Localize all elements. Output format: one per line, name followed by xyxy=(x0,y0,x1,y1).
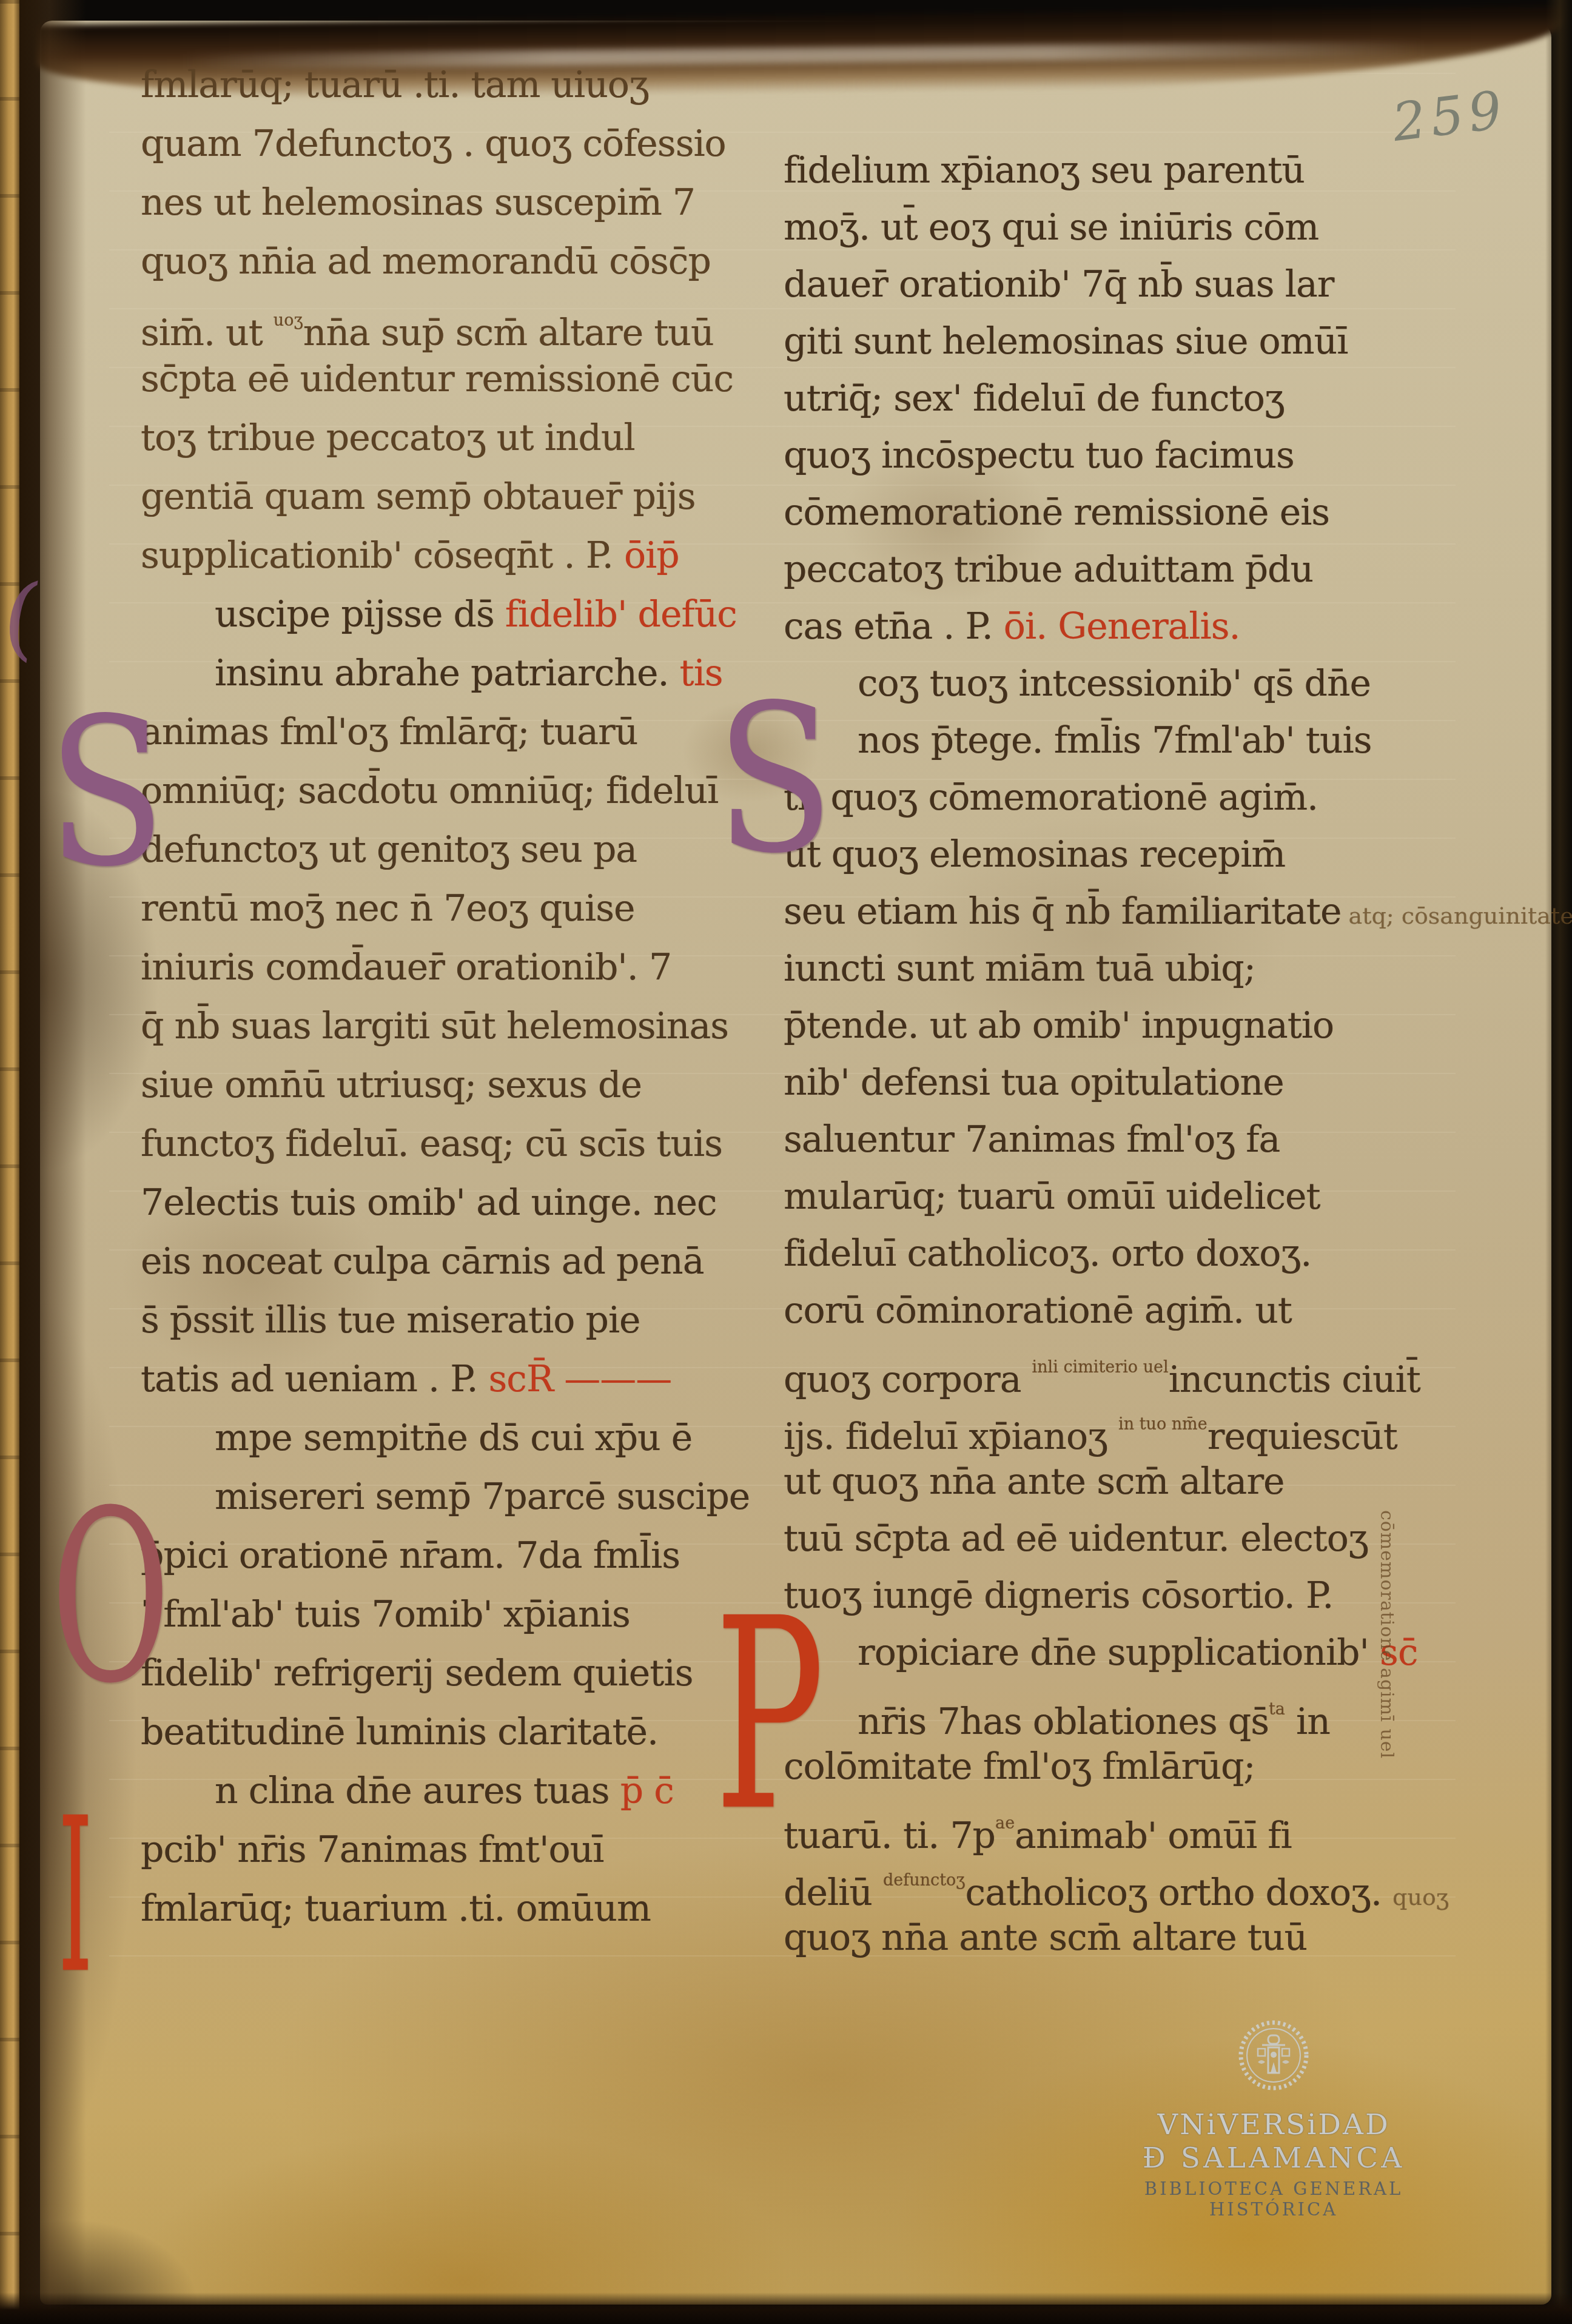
latin-text: requiescūt xyxy=(1208,1416,1397,1458)
bottom-shadow xyxy=(0,2292,1572,2324)
latin-text: quam 7defunctoʒ . quoʒ cōfessio xyxy=(141,123,726,165)
manuscript-line: mpe sempitn̄e ds̄ cui xp̄u ē xyxy=(141,1409,741,1468)
manuscript-line: toʒ tribue peccatoʒ ut indul xyxy=(141,409,741,468)
manuscript-line: p̄pici orationē nr̄am. 7da fml̄is xyxy=(141,1526,741,1585)
manuscript-line: beatitudinē luminis claritatē. xyxy=(141,1703,741,1762)
manuscript-line: supplicationib' cōseqn̄t . P. ōip̄ xyxy=(141,526,741,585)
latin-text: functoʒ fideluī. easq; cū scīs tuis xyxy=(141,1123,722,1165)
latin-text: dauer̄ orationib' 7q̄ nb̄ suas lar xyxy=(784,263,1334,306)
manuscript-line: sc̄pta eē uidentur remissionē cūc xyxy=(141,350,741,409)
interlinear-gloss: uoʒ xyxy=(274,311,303,330)
manuscript-line: animas fml'oʒ fmlārq̄; tuarū xyxy=(141,703,741,762)
manuscript-line: saluentur 7animas fml'oʒ fa xyxy=(784,1111,1439,1168)
latin-text: cōmemorationē remissionē eis xyxy=(784,491,1329,534)
latin-text: tuoʒ iungē digneris cōsortio. P. xyxy=(784,1574,1333,1617)
latin-text: giti sunt helemosinas siue omūī xyxy=(784,320,1348,363)
latin-text: seu etiam his q̄ nb̄ familiaritate xyxy=(784,890,1341,933)
right-page-edge xyxy=(1545,0,1572,2324)
right-text-column: fidelium xp̄ianoʒ seu parentūmoʒ̄. ut̄ e… xyxy=(784,142,1439,1966)
latin-text: misereri semp̄ 7parcē suscipe xyxy=(215,1476,750,1518)
latin-text: insinu abrahe patriarche. xyxy=(215,652,680,694)
latin-text: omniūq; sacd̄otu omniūq; fideluī xyxy=(141,770,718,812)
manuscript-line: siue omn̄ū utriusq; sexus de xyxy=(141,1056,741,1115)
manuscript-line: iuncti sunt miām tuā ubiq; xyxy=(784,940,1439,997)
latin-text: nos p̄tege. fml̄is 7fml'ab' tuis xyxy=(858,719,1372,762)
latin-text: animas fml'oʒ fmlārq̄; tuarū xyxy=(141,711,637,753)
latin-text: iuncti sunt miām tuā ubiq; xyxy=(784,947,1255,990)
manuscript-line: iniuris comd̄auer̄ orationib'. 7 xyxy=(141,938,741,997)
manuscript-line: tuoʒ iungē digneris cōsortio. P. xyxy=(784,1567,1439,1624)
manuscript-line: fidelium xp̄ianoʒ seu parentū xyxy=(784,142,1439,199)
manuscript-line: eis noceat culpa cārnis ad penā xyxy=(141,1232,741,1291)
latin-text: p̄pici orationē nr̄am. 7da fml̄is xyxy=(141,1534,680,1577)
illuminated-initial-p-4: P xyxy=(714,1584,825,1848)
latin-text: gentiā quam semp̄ obtauer̄ pijs xyxy=(141,475,695,518)
manuscript-line: ti. quoʒ cōmemorationē agim̄. xyxy=(784,769,1439,826)
latin-text: 7electis tuis omib' ad uinge. nec xyxy=(141,1181,717,1224)
watermark-salamanca-line: Ð SALAMANCA xyxy=(1086,2141,1462,2175)
latin-text: 7fml'ab' tuis 7omib' xp̄ianis xyxy=(141,1593,630,1636)
manuscript-line: nes ut helemosinas suscepim̄ 7 xyxy=(141,173,741,232)
latin-text: nib' defensi tua opitulatione xyxy=(784,1061,1284,1104)
latin-text: colōmitate fml'oʒ fmlārūq; xyxy=(784,1745,1255,1788)
latin-text: quoʒ corpora xyxy=(784,1358,1032,1401)
illuminated-initial-s-0: S xyxy=(47,691,166,895)
latin-text: n clina dn̄e aures tuas xyxy=(215,1770,620,1812)
latin-text: beatitudinē luminis claritatē. xyxy=(141,1711,658,1753)
latin-text: coʒ tuoʒ intcessionib' qs̄ dn̄e xyxy=(858,662,1371,705)
manuscript-line: colōmitate fml'oʒ fmlārūq; xyxy=(784,1738,1439,1795)
manuscript-line: sim̄. ut uoʒnn̄a sup̄ scm̄ altare tuū xyxy=(141,291,741,350)
latin-text: eis noceat culpa cārnis ad penā xyxy=(141,1240,704,1283)
manuscript-line: ut quoʒ elemosinas recepim̄ xyxy=(784,826,1439,883)
latin-text: toʒ tribue peccatoʒ ut indul xyxy=(141,417,635,459)
latin-text: nn̄a sup̄ scm̄ altare tuū xyxy=(303,312,714,354)
manuscript-line: nos p̄tege. fml̄is 7fml'ab' tuis xyxy=(784,712,1439,769)
latin-text: nr̄is 7has oblationes qs̄ xyxy=(858,1701,1269,1743)
manuscript-line: fmlarūq; tuarū .ti. tam uiuoʒ xyxy=(141,56,741,115)
manuscript-line: omniūq; sacd̄otu omniūq; fideluī xyxy=(141,762,741,821)
latin-text: rentū moʒ̄ nec n̄ 7eoʒ quise xyxy=(141,887,634,930)
left-text-column: fmlarūq; tuarū .ti. tam uiuoʒquam 7defun… xyxy=(141,56,741,1938)
illuminated-initial-s-3: S xyxy=(716,678,834,882)
manuscript-line: ropiciare dn̄e supplicationib' sc̄ xyxy=(784,1624,1439,1681)
margin-note: atq; cōsanguinitate xyxy=(1341,902,1572,929)
manuscript-line: gentiā quam semp̄ obtauer̄ pijs xyxy=(141,468,741,526)
margin-note-vertical: cōmemoratione agimī uel xyxy=(1376,1510,1397,1898)
latin-text: fidelib' refrigerij sedem quietis xyxy=(141,1652,693,1694)
latin-text: ti. quoʒ cōmemorationē agim̄. xyxy=(784,776,1318,819)
manuscript-line: quoʒ nn̄ia ad memorandū cōsc̄p xyxy=(141,232,741,291)
manuscript-line: quoʒ incōspectu tuo facimus xyxy=(784,427,1439,484)
latin-text: incunctis ciuit̄ xyxy=(1169,1358,1420,1401)
rubric-text: scR̄ ——— xyxy=(489,1358,672,1400)
interlinear-gloss: ta xyxy=(1269,1700,1285,1719)
manuscript-line: tuarū. ti. 7paeanimab' omūī fi xyxy=(784,1795,1439,1852)
latin-text: moʒ̄. ut̄ eoʒ qui se iniūris cōm xyxy=(784,206,1318,249)
manuscript-line: q̄ nb̄ suas largiti sūt helemosinas xyxy=(141,997,741,1056)
library-watermark: VNiVERSiDAD Ð SALAMANCA BIBLIOTECA GENER… xyxy=(1086,2020,1462,2220)
manuscript-line: quam 7defunctoʒ . quoʒ cōfessio xyxy=(141,115,741,173)
latin-text: fideluī catholicoʒ. orto doxoʒ. xyxy=(784,1232,1311,1275)
latin-text: deliū xyxy=(784,1872,883,1914)
manuscript-line: ijs. fideluī xp̄ianoʒ in tuo nm̄erequies… xyxy=(784,1396,1439,1453)
latin-text: ut quoʒ elemosinas recepim̄ xyxy=(784,833,1285,876)
manuscript-line: corū cōminorationē agim̄. ut xyxy=(784,1282,1439,1339)
latin-text: iniuris comd̄auer̄ orationib'. 7 xyxy=(141,946,671,989)
manuscript-line: fideluī catholicoʒ. orto doxoʒ. xyxy=(784,1225,1439,1282)
manuscript-line: 7electis tuis omib' ad uinge. nec xyxy=(141,1174,741,1232)
manuscript-line: misereri semp̄ 7parcē suscipe xyxy=(141,1468,741,1526)
manuscript-line: moʒ̄. ut̄ eoʒ qui se iniūris cōm xyxy=(784,199,1439,256)
manuscript-line: nr̄is 7has oblationes qs̄ta in xyxy=(784,1681,1439,1738)
manuscript-line: defunctoʒ ut genitoʒ seu pa xyxy=(141,821,741,879)
manuscript-line: mularūq; tuarū omūī uidelicet xyxy=(784,1168,1439,1225)
manuscript-line: deliū defunctoʒcatholicoʒ ortho doxoʒ. q… xyxy=(784,1852,1439,1909)
latin-text: saluentur 7animas fml'oʒ fa xyxy=(784,1118,1280,1161)
latin-text: uscipe pijsse ds̄ xyxy=(215,593,505,636)
latin-text: quoʒ incōspectu tuo facimus xyxy=(784,434,1294,477)
interlinear-gloss: inli cimiterio uel xyxy=(1032,1358,1169,1377)
manuscript-line: insinu abrahe patriarche. tis xyxy=(141,644,741,703)
interlinear-gloss: defunctoʒ xyxy=(883,1871,966,1890)
latin-text: supplicationib' cōseqn̄t . P. xyxy=(141,534,624,577)
manuscript-line: functoʒ fideluī. easq; cū scīs tuis xyxy=(141,1115,741,1174)
left-folio-edge xyxy=(0,0,19,2324)
latin-text: utriq̄; sex' fideluī de functoʒ xyxy=(784,377,1285,420)
rubric-text: fidelib' defūc xyxy=(505,593,737,636)
illuminated-initial-i-2: I xyxy=(58,1790,92,2003)
manuscript-line: cōmemorationē remissionē eis xyxy=(784,484,1439,541)
interlinear-gloss: ae xyxy=(995,1814,1015,1833)
latin-text: ut quoʒ nn̄a ante scm̄ altare xyxy=(784,1460,1285,1503)
illuminated-initial-o-1: O xyxy=(51,1480,170,1716)
manuscript-line: cas etn̄a . P. ōi. Generalis. xyxy=(784,598,1439,655)
rubric-text: p̄ c̄ xyxy=(620,1770,674,1812)
watermark-university-line: VNiVERSiDAD xyxy=(1086,2108,1462,2141)
manuscript-line: n clina dn̄e aures tuas p̄ c̄ xyxy=(141,1762,741,1821)
manuscript-line: tuū sc̄pta ad eē uidentur. electoʒ xyxy=(784,1510,1439,1567)
latin-text: cas etn̄a . P. xyxy=(784,605,1004,648)
latin-text: siue omn̄ū utriusq; sexus de xyxy=(141,1064,642,1106)
manuscript-line: fidelib' refrigerij sedem quietis xyxy=(141,1644,741,1703)
manuscript-line: tatis ad ueniam . P. scR̄ ——— xyxy=(141,1350,741,1409)
manuscript-line: p̄tende. ut ab omib' inpugnatio xyxy=(784,997,1439,1054)
manuscript-line: quoʒ corpora inli cimiterio uelincunctis… xyxy=(784,1339,1439,1396)
watermark-library-line: BIBLIOTECA GENERAL HISTÓRICA xyxy=(1086,2178,1462,2220)
rubric-text: ōi. Generalis. xyxy=(1004,605,1240,648)
manuscript-line: 7fml'ab' tuis 7omib' xp̄ianis xyxy=(141,1585,741,1644)
latin-text: sim̄. ut xyxy=(141,312,274,354)
latin-text: catholicoʒ ortho doxoʒ. xyxy=(966,1872,1393,1914)
latin-text: nes ut helemosinas suscepim̄ 7 xyxy=(141,181,695,224)
manuscript-line: fmlarūq; tuarium .ti. omūum xyxy=(141,1879,741,1938)
university-seal-icon xyxy=(1238,2020,1309,2091)
manuscript-line: dauer̄ orationib' 7q̄ nb̄ suas lar xyxy=(784,256,1439,313)
latin-text: sc̄pta eē uidentur remissionē cūc xyxy=(141,358,733,400)
latin-text: fidelium xp̄ianoʒ seu parentū xyxy=(784,149,1305,192)
latin-text: fmlarūq; tuarū .ti. tam uiuoʒ xyxy=(141,64,649,106)
latin-text: in xyxy=(1285,1701,1330,1743)
latin-text: ropiciare dn̄e supplicationib' xyxy=(858,1631,1380,1674)
latin-text: ijs. fideluī xp̄ianoʒ xyxy=(784,1416,1118,1458)
manuscript-line: rentū moʒ̄ nec n̄ 7eoʒ quise xyxy=(141,879,741,938)
manuscript-line: giti sunt helemosinas siue omūī xyxy=(784,313,1439,370)
manuscript-line: s̄ p̄ssit illis tue miseratio pie xyxy=(141,1291,741,1350)
latin-text: mpe sempitn̄e ds̄ cui xp̄u ē xyxy=(215,1417,692,1459)
manuscript-line: utriq̄; sex' fideluī de functoʒ xyxy=(784,370,1439,427)
manuscript-line: peccatoʒ tribue aduittam p̄du xyxy=(784,541,1439,598)
latin-text: quoʒ nn̄ia ad memorandū cōsc̄p xyxy=(141,240,711,283)
latin-text: peccatoʒ tribue aduittam p̄du xyxy=(784,548,1313,591)
latin-text: q̄ nb̄ suas largiti sūt helemosinas xyxy=(141,1005,728,1047)
latin-text: defunctoʒ ut genitoʒ seu pa xyxy=(141,828,637,871)
interlinear-gloss: in tuo nm̄e xyxy=(1118,1415,1208,1434)
manuscript-line: quoʒ nn̄a ante scm̄ altare tuū xyxy=(784,1909,1439,1966)
latin-text: quoʒ nn̄a ante scm̄ altare tuū xyxy=(784,1916,1307,1959)
latin-text: corū cōminorationē agim̄. ut xyxy=(784,1289,1292,1332)
latin-text: tuū sc̄pta ad eē uidentur. electoʒ xyxy=(784,1517,1368,1560)
latin-text: mularūq; tuarū omūī uidelicet xyxy=(784,1175,1320,1218)
latin-text: animab' omūī fi xyxy=(1015,1815,1292,1857)
manuscript-line: coʒ tuoʒ intcessionib' qs̄ dn̄e xyxy=(784,655,1439,712)
latin-text: tatis ad ueniam . P. xyxy=(141,1358,489,1400)
manuscript-photo: { "page": { "folio_number": "259" }, "ma… xyxy=(0,0,1572,2324)
rubric-text: ōip̄ xyxy=(624,534,679,577)
manuscript-line: uscipe pijsse ds̄ fidelib' defūc xyxy=(141,585,741,644)
manuscript-line: ut quoʒ nn̄a ante scm̄ altare xyxy=(784,1453,1439,1510)
latin-text: p̄tende. ut ab omib' inpugnatio xyxy=(784,1004,1334,1047)
latin-text: pcib' nr̄is 7animas fmt'ouī xyxy=(141,1829,604,1871)
manuscript-line: nib' defensi tua opitulatione xyxy=(784,1054,1439,1111)
latin-text: s̄ p̄ssit illis tue miseratio pie xyxy=(141,1299,640,1342)
manuscript-line: seu etiam his q̄ nb̄ familiaritate atq; … xyxy=(784,883,1439,940)
margin-note: quoʒ xyxy=(1392,1884,1449,1910)
latin-text: fmlarūq; tuarium .ti. omūum xyxy=(141,1887,651,1930)
manuscript-line: pcib' nr̄is 7animas fmt'ouī xyxy=(141,1821,741,1879)
